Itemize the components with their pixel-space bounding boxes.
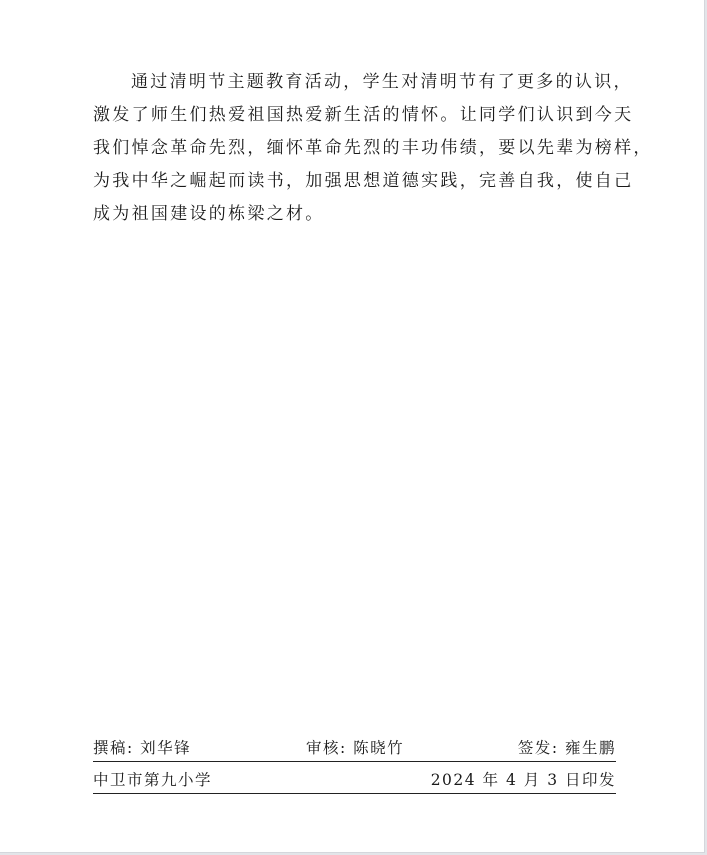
body-line: 为我中华之崛起而读书，加强思想道德实践，完善自我，使自己 bbox=[93, 165, 623, 198]
signature-row: 撰稿: 刘华锋 审核: 陈晓竹 签发: 雍生鹏 bbox=[93, 734, 616, 762]
organization-name: 中卫市第九小学 bbox=[93, 768, 212, 790]
issuer-row: 中卫市第九小学 2024 年 4 月 3 日印发 bbox=[93, 766, 616, 794]
reviewer-label: 审核: 陈晓竹 bbox=[306, 736, 404, 758]
body-paragraph: 通过清明节主题教育活动，学生对清明节有了更多的认识， 激发了师生们热爱祖国热爱新… bbox=[93, 66, 623, 231]
body-line: 成为祖国建设的栋梁之材。 bbox=[93, 198, 623, 231]
body-line: 通过清明节主题教育活动，学生对清明节有了更多的认识， bbox=[93, 66, 623, 99]
document-page: 通过清明节主题教育活动，学生对清明节有了更多的认识， 激发了师生们热爱祖国热爱新… bbox=[0, 0, 705, 853]
document-viewport: 通过清明节主题教育活动，学生对清明节有了更多的认识， 激发了师生们热爱祖国热爱新… bbox=[0, 0, 707, 855]
issue-date: 2024 年 4 月 3 日印发 bbox=[431, 768, 616, 790]
body-line: 激发了师生们热爱祖国热爱新生活的情怀。让同学们认识到今天 bbox=[93, 99, 623, 132]
writer-label: 撰稿: 刘华锋 bbox=[93, 736, 191, 758]
body-line: 我们悼念革命先烈，缅怀革命先烈的丰功伟绩，要以先辈为榜样， bbox=[93, 132, 623, 165]
approver-label: 签发: 雍生鹏 bbox=[518, 736, 616, 758]
